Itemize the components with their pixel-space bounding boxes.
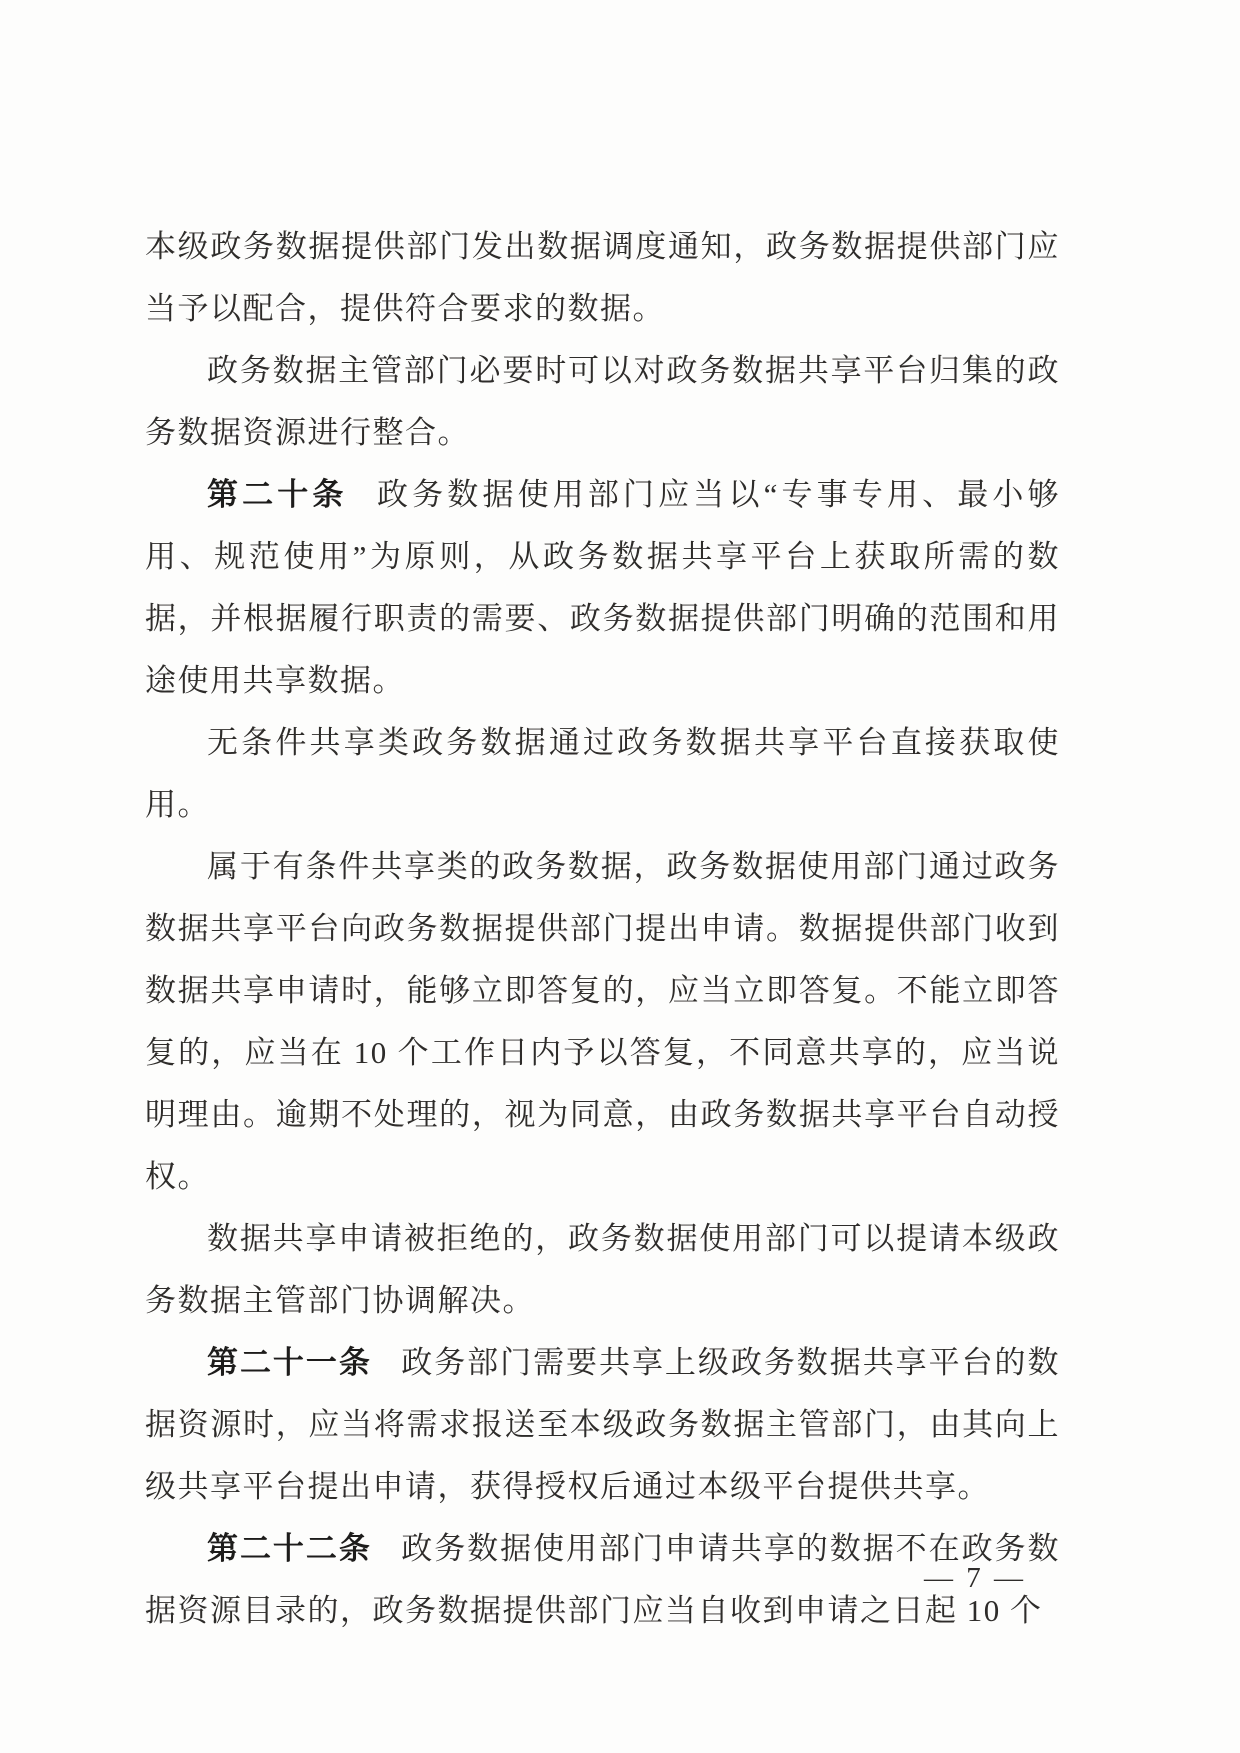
scanned-document-page: 本级政务数据提供部门发出数据调度通知，政务数据提供部门应当予以配合，提供符合要求… [0, 0, 1240, 1753]
article-heading: 第二十条 [207, 477, 348, 512]
paragraph: 无条件共享类政务数据通过政务数据共享平台直接获取使用。 [145, 712, 1060, 836]
paragraph: 第二十条政务数据使用部门应当以“专事专用、最小够用、规范使用”为原则，从政务数据… [145, 464, 1060, 712]
paragraph-text: 本级政务数据提供部门发出数据调度通知，政务数据提供部门应当予以配合，提供符合要求… [145, 229, 1060, 326]
article-heading: 第二十一条 [207, 1345, 372, 1380]
paragraph: 属于有条件共享类的政务数据，政务数据使用部门通过政务数据共享平台向政务数据提供部… [145, 836, 1060, 1208]
paragraph-text: 政务数据主管部门必要时可以对政务数据共享平台归集的政务数据资源进行整合。 [145, 353, 1060, 450]
paragraph: 数据共享申请被拒绝的，政务数据使用部门可以提请本级政务数据主管部门协调解决。 [145, 1208, 1060, 1332]
page-number: — 7 — [912, 1562, 1038, 1595]
paragraph: 政务数据主管部门必要时可以对政务数据共享平台归集的政务数据资源进行整合。 [145, 340, 1060, 464]
article-heading: 第二十二条 [207, 1531, 372, 1566]
paragraph-text: 属于有条件共享类的政务数据，政务数据使用部门通过政务数据共享平台向政务数据提供部… [145, 849, 1060, 1194]
paragraph-text: 数据共享申请被拒绝的，政务数据使用部门可以提请本级政务数据主管部门协调解决。 [145, 1221, 1060, 1318]
paragraph-text: 无条件共享类政务数据通过政务数据共享平台直接获取使用。 [145, 725, 1060, 822]
paragraph: 第二十一条政务部门需要共享上级政务数据共享平台的数据资源时，应当将需求报送至本级… [145, 1332, 1060, 1518]
paragraph: 本级政务数据提供部门发出数据调度通知，政务数据提供部门应当予以配合，提供符合要求… [145, 216, 1060, 340]
document-body: 本级政务数据提供部门发出数据调度通知，政务数据提供部门应当予以配合，提供符合要求… [145, 216, 1060, 1642]
